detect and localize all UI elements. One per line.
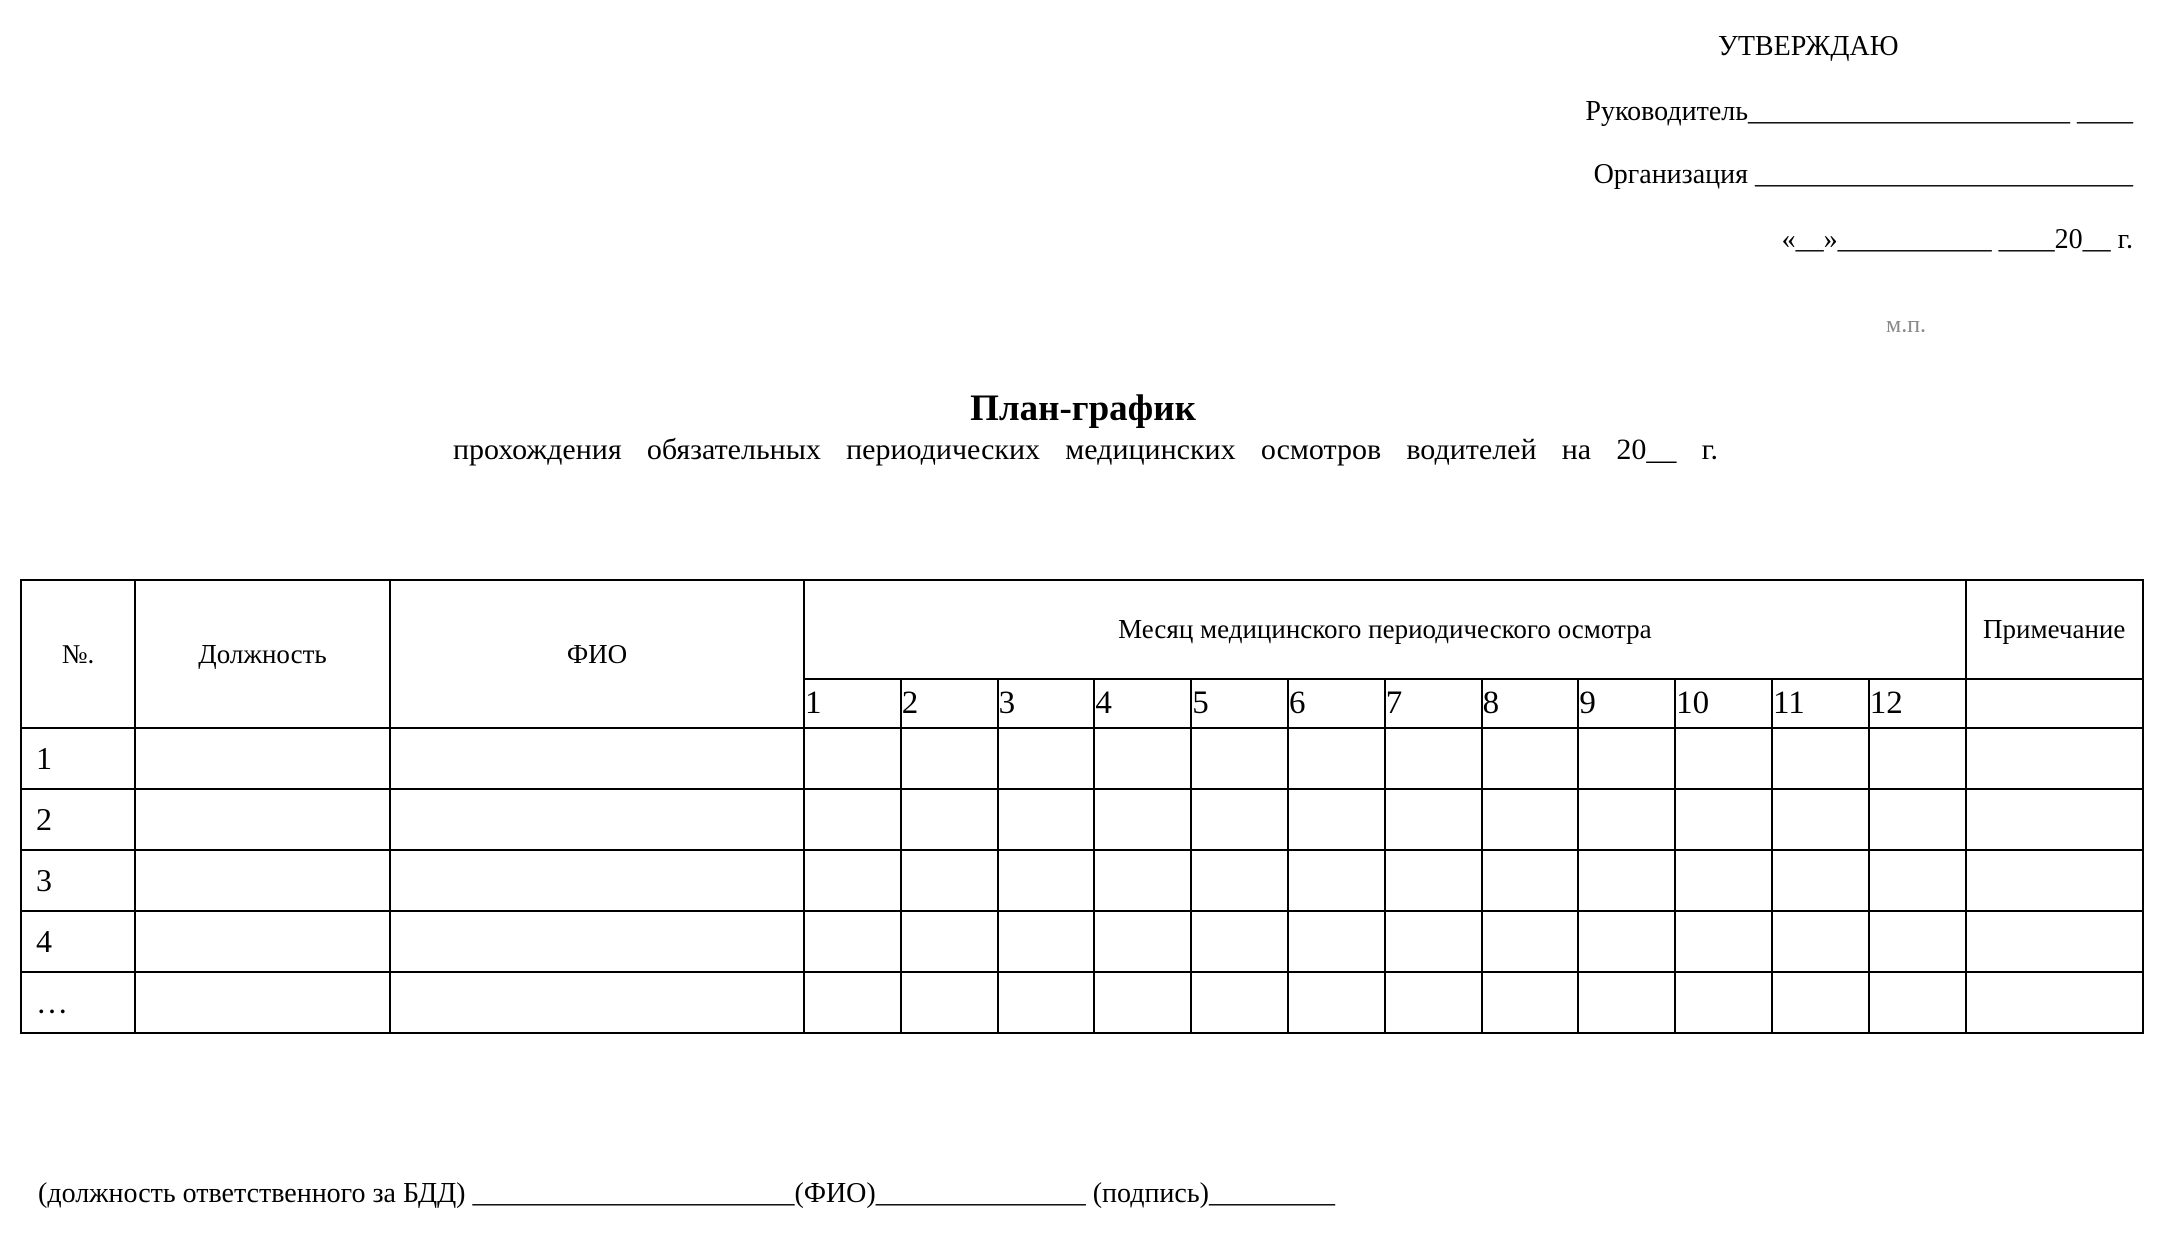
month-cell[interactable]	[1675, 728, 1772, 789]
month-cell[interactable]	[1094, 972, 1191, 1033]
month-cell[interactable]	[901, 728, 998, 789]
month-cell[interactable]	[1578, 728, 1675, 789]
month-cell[interactable]	[1675, 911, 1772, 972]
month-cell[interactable]	[1385, 850, 1482, 911]
header-month-7: 7	[1385, 679, 1482, 728]
row-number: 4	[21, 911, 135, 972]
month-cell[interactable]	[1191, 789, 1288, 850]
name-cell[interactable]	[390, 789, 804, 850]
month-cell[interactable]	[901, 850, 998, 911]
month-cell[interactable]	[1869, 728, 1966, 789]
header-month-10: 10	[1675, 679, 1772, 728]
month-cell[interactable]	[1675, 972, 1772, 1033]
header-month-3: 3	[998, 679, 1095, 728]
month-cell[interactable]	[1191, 728, 1288, 789]
header-month-5: 5	[1191, 679, 1288, 728]
header-name: ФИО	[390, 580, 804, 728]
month-cell[interactable]	[1869, 850, 1966, 911]
month-cell[interactable]	[1482, 728, 1579, 789]
table-row: 2	[21, 789, 2143, 850]
month-cell[interactable]	[1094, 911, 1191, 972]
approval-head-line: Руководитель_______________________ ____	[1585, 98, 2133, 126]
header-month-8: 8	[1482, 679, 1579, 728]
month-cell[interactable]	[998, 728, 1095, 789]
month-cell[interactable]	[998, 911, 1095, 972]
header-month-4: 4	[1094, 679, 1191, 728]
month-cell[interactable]	[1675, 789, 1772, 850]
header-number: №.	[21, 580, 135, 728]
month-cell[interactable]	[1578, 911, 1675, 972]
table-row: 3	[21, 850, 2143, 911]
month-cell[interactable]	[1772, 728, 1869, 789]
header-month-12: 12	[1869, 679, 1966, 728]
position-cell[interactable]	[135, 911, 390, 972]
month-cell[interactable]	[901, 911, 998, 972]
note-cell[interactable]	[1966, 972, 2143, 1033]
row-number: 2	[21, 789, 135, 850]
name-cell[interactable]	[390, 911, 804, 972]
month-cell[interactable]	[1385, 972, 1482, 1033]
month-cell[interactable]	[804, 911, 901, 972]
month-cell[interactable]	[1578, 789, 1675, 850]
note-cell[interactable]	[1966, 911, 2143, 972]
month-cell[interactable]	[1288, 972, 1385, 1033]
month-cell[interactable]	[1385, 728, 1482, 789]
row-number: 3	[21, 850, 135, 911]
month-cell[interactable]	[1288, 789, 1385, 850]
month-cell[interactable]	[1288, 850, 1385, 911]
table-row: 4	[21, 911, 2143, 972]
month-cell[interactable]	[804, 850, 901, 911]
month-cell[interactable]	[901, 789, 998, 850]
month-cell[interactable]	[1772, 850, 1869, 911]
month-cell[interactable]	[998, 789, 1095, 850]
document-subtitle: прохождения обязательных периодических м…	[453, 435, 1718, 465]
header-month-group: Месяц медицинского периодического осмотр…	[804, 580, 1966, 679]
month-cell[interactable]	[1772, 911, 1869, 972]
note-cell[interactable]	[1966, 850, 2143, 911]
month-cell[interactable]	[1482, 850, 1579, 911]
month-cell[interactable]	[1288, 911, 1385, 972]
document-title: План-график	[0, 390, 2164, 427]
row-number: 1	[21, 728, 135, 789]
month-cell[interactable]	[1288, 728, 1385, 789]
name-cell[interactable]	[390, 850, 804, 911]
note-cell[interactable]	[1966, 789, 2143, 850]
table-header-row: №. Должность ФИО Месяц медицинского пери…	[21, 580, 2143, 679]
month-cell[interactable]	[998, 972, 1095, 1033]
header-note: Примечание	[1966, 580, 2143, 679]
month-cell[interactable]	[1482, 972, 1579, 1033]
position-cell[interactable]	[135, 972, 390, 1033]
name-cell[interactable]	[390, 728, 804, 789]
month-cell[interactable]	[1772, 972, 1869, 1033]
month-cell[interactable]	[1482, 789, 1579, 850]
header-month-9: 9	[1578, 679, 1675, 728]
header-month-1: 1	[804, 679, 901, 728]
month-cell[interactable]	[1869, 972, 1966, 1033]
schedule-table: №. Должность ФИО Месяц медицинского пери…	[20, 579, 2144, 1034]
table-row: 1	[21, 728, 2143, 789]
document-title-text: План-график	[970, 390, 1196, 427]
month-cell[interactable]	[1385, 911, 1482, 972]
stamp-place-label: м.п.	[1886, 313, 1926, 337]
header-month-11: 11	[1772, 679, 1869, 728]
signature-footer: (должность ответственного за БДД) ______…	[38, 1180, 1335, 1208]
approval-title: УТВЕРЖДАЮ	[1718, 33, 1898, 61]
month-cell[interactable]	[1094, 850, 1191, 911]
header-position: Должность	[135, 580, 390, 728]
month-cell[interactable]	[1191, 850, 1288, 911]
month-cell[interactable]	[1482, 911, 1579, 972]
header-month-6: 6	[1288, 679, 1385, 728]
month-cell[interactable]	[1094, 789, 1191, 850]
month-cell[interactable]	[1772, 789, 1869, 850]
month-cell[interactable]	[1578, 850, 1675, 911]
month-cell[interactable]	[901, 972, 998, 1033]
position-cell[interactable]	[135, 728, 390, 789]
header-note-sub	[1966, 679, 2143, 728]
approval-organization-line: Организация ___________________________	[1594, 161, 2133, 189]
table-row: …	[21, 972, 2143, 1033]
position-cell[interactable]	[135, 850, 390, 911]
approval-date-line: «__»___________ ____20__ г.	[1782, 226, 2133, 254]
month-cell[interactable]	[804, 728, 901, 789]
month-cell[interactable]	[1191, 911, 1288, 972]
month-cell[interactable]	[1869, 789, 1966, 850]
name-cell[interactable]	[390, 972, 804, 1033]
month-cell[interactable]	[1869, 911, 1966, 972]
month-cell[interactable]	[1191, 972, 1288, 1033]
month-cell[interactable]	[1675, 850, 1772, 911]
month-cell[interactable]	[804, 972, 901, 1033]
header-month-2: 2	[901, 679, 998, 728]
position-cell[interactable]	[135, 789, 390, 850]
month-cell[interactable]	[804, 789, 901, 850]
row-number: …	[21, 972, 135, 1033]
month-cell[interactable]	[1094, 728, 1191, 789]
note-cell[interactable]	[1966, 728, 2143, 789]
month-cell[interactable]	[998, 850, 1095, 911]
month-cell[interactable]	[1385, 789, 1482, 850]
month-cell[interactable]	[1578, 972, 1675, 1033]
